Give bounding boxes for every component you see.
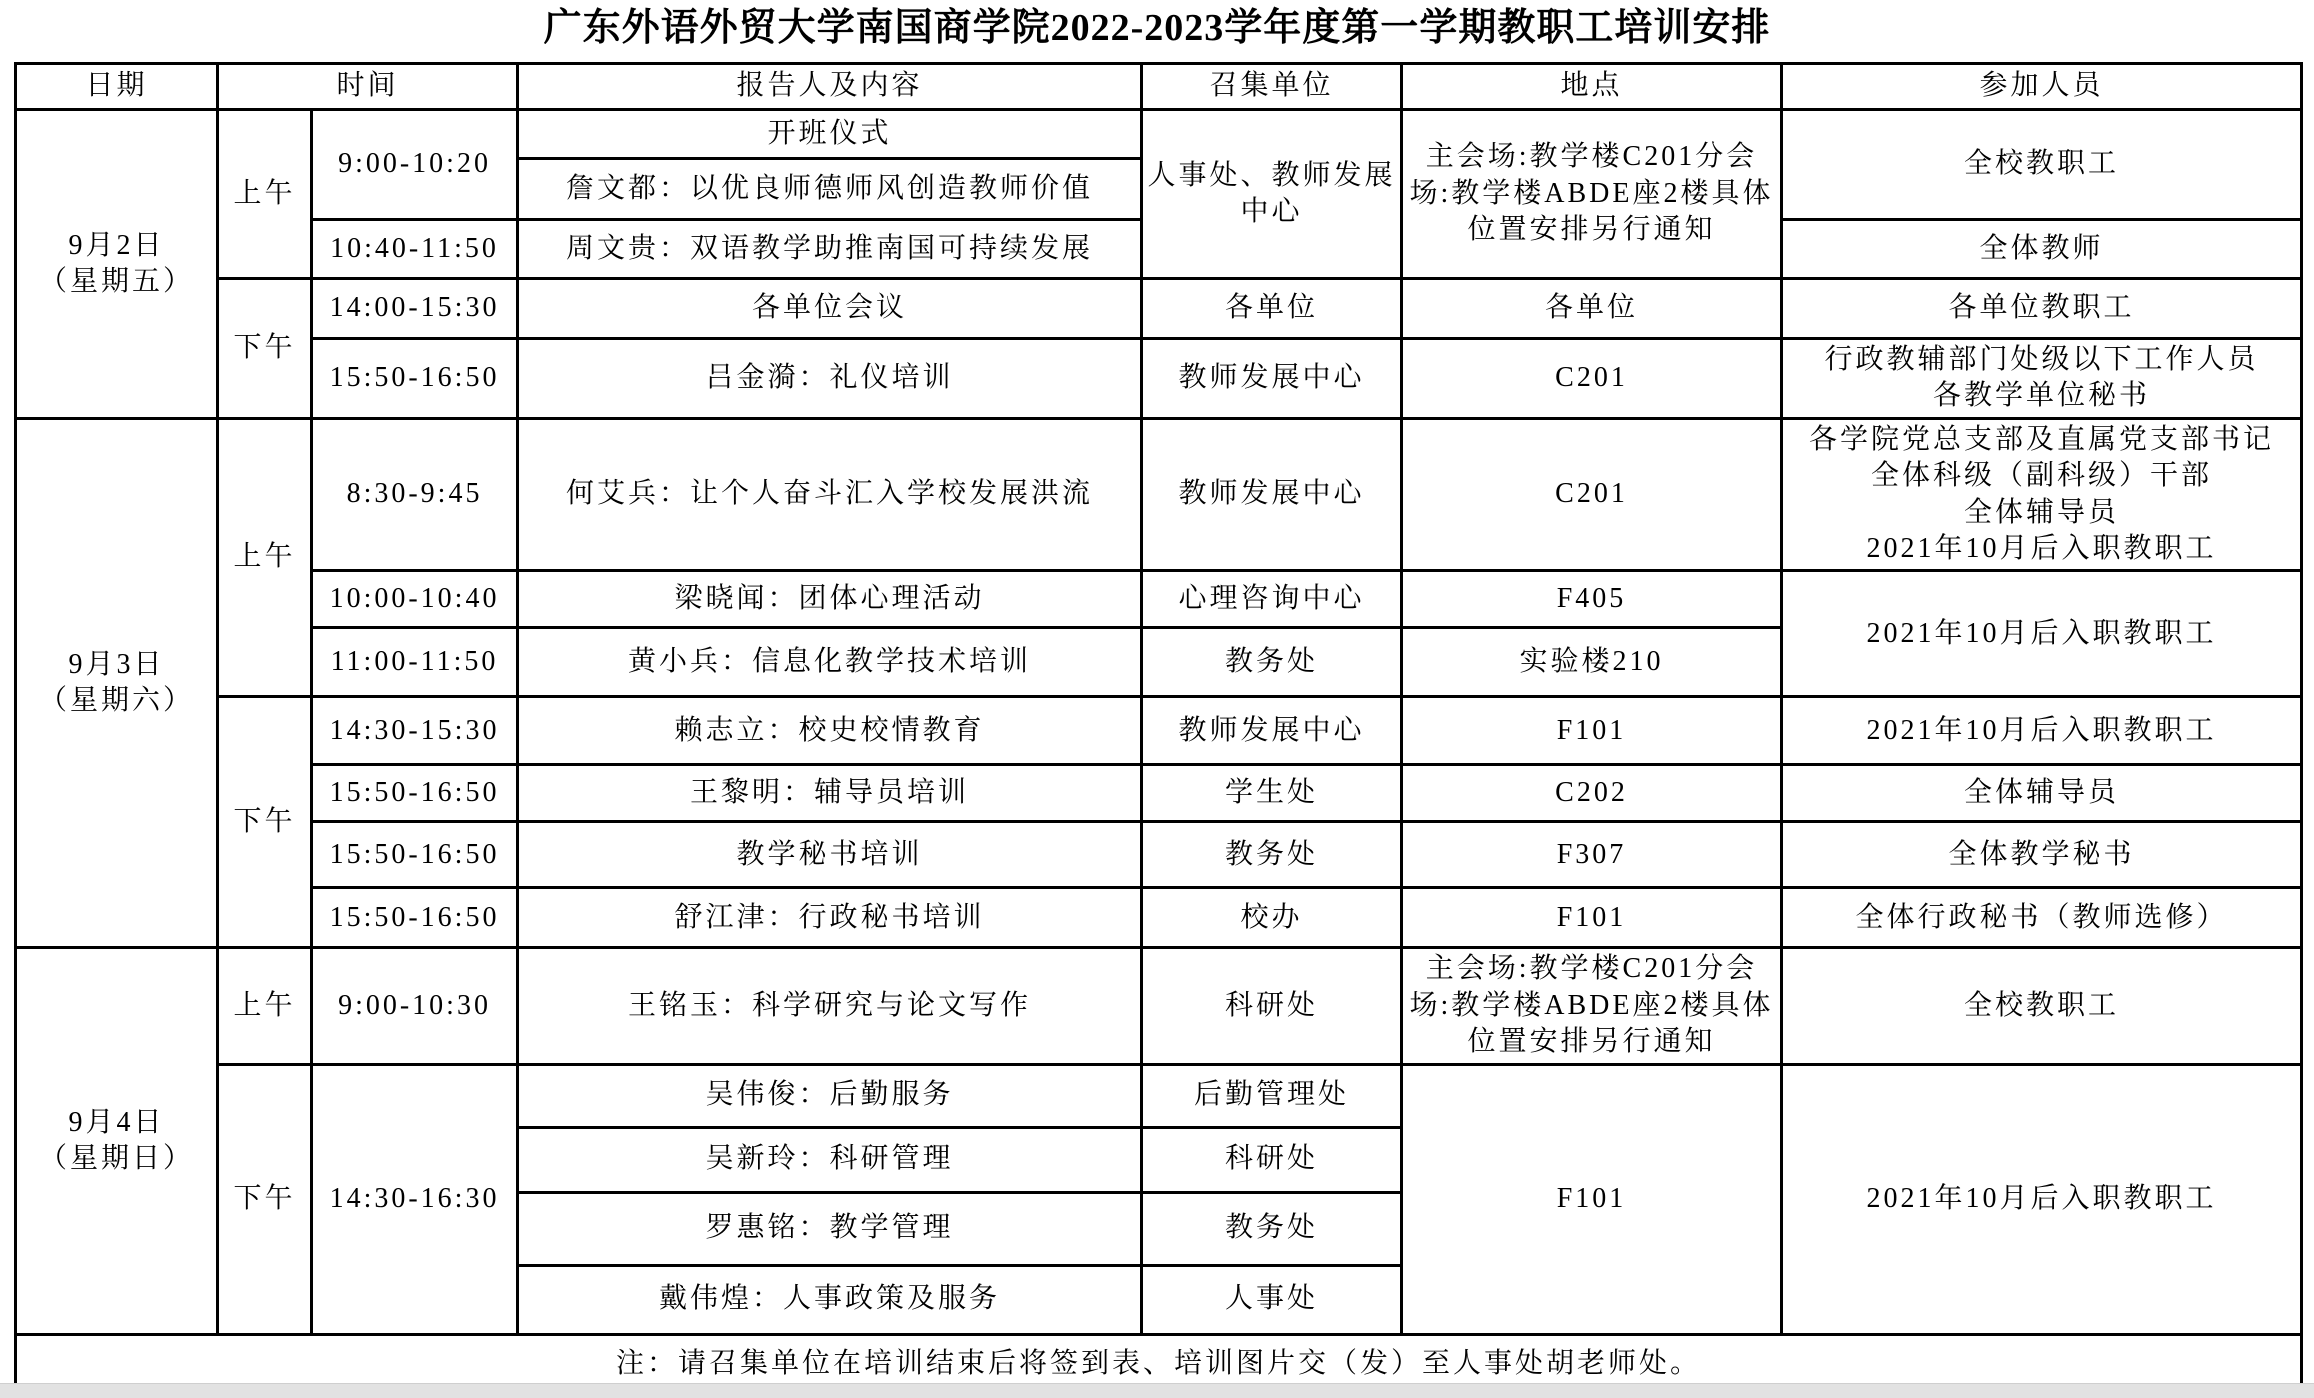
place-cell: F101 <box>1402 1064 1782 1334</box>
content-cell: 吴新玲：科研管理 <box>518 1127 1142 1192</box>
time-cell: 15:50-16:50 <box>312 765 518 822</box>
unit-cell: 校办 <box>1142 888 1402 948</box>
content-cell: 王黎明：辅导员培训 <box>518 765 1142 822</box>
unit-cell: 教务处 <box>1142 822 1402 888</box>
header-date: 日期 <box>16 64 218 110</box>
period-cell-pm: 下午 <box>218 697 312 948</box>
unit-cell: 教务处 <box>1142 1192 1402 1265</box>
document-page: 广东外语外贸大学南国商学院2022-2023学年度第一学期教职工培训安排 日期 … <box>0 0 2314 1398</box>
time-cell: 9:00-10:20 <box>312 110 518 220</box>
content-cell: 吕金漪：礼仪培训 <box>518 339 1142 419</box>
participants-cell: 各学院党总支部及直属党支部书记 全体科级（副科级）干部 全体辅导员 2021年1… <box>1782 418 2302 571</box>
time-cell: 14:30-15:30 <box>312 697 518 765</box>
participants-cell: 行政教辅部门处级以下工作人员 各教学单位秘书 <box>1782 339 2302 419</box>
participants-cell: 2021年10月后入职教职工 <box>1782 1064 2302 1334</box>
time-cell: 15:50-16:50 <box>312 822 518 888</box>
place-cell: F101 <box>1402 697 1782 765</box>
header-participants: 参加人员 <box>1782 64 2302 110</box>
header-content: 报告人及内容 <box>518 64 1142 110</box>
place-cell: F405 <box>1402 571 1782 628</box>
participants-cell: 各单位教职工 <box>1782 279 2302 339</box>
content-cell: 周文贵：双语教学助推南国可持续发展 <box>518 220 1142 279</box>
time-cell: 15:50-16:50 <box>312 339 518 419</box>
content-cell: 开班仪式 <box>518 110 1142 159</box>
period-cell-am: 上午 <box>218 110 312 279</box>
unit-cell: 人事处 <box>1142 1265 1402 1334</box>
page-title: 广东外语外贸大学南国商学院2022-2023学年度第一学期教职工培训安排 <box>0 0 2314 50</box>
place-cell: F307 <box>1402 822 1782 888</box>
table-row: 下午 14:00-15:30 各单位会议 各单位 各单位 各单位教职工 <box>16 279 2302 339</box>
unit-cell: 教师发展中心 <box>1142 418 1402 571</box>
participants-cell: 全体教师 <box>1782 220 2302 279</box>
time-cell: 10:00-10:40 <box>312 571 518 628</box>
time-cell: 9:00-10:30 <box>312 948 518 1064</box>
unit-cell: 后勤管理处 <box>1142 1064 1402 1127</box>
content-cell: 梁晓闻：团体心理活动 <box>518 571 1142 628</box>
content-cell: 黄小兵：信息化教学技术培训 <box>518 628 1142 697</box>
participants-cell: 全体行政秘书（教师选修） <box>1782 888 2302 948</box>
place-cell: F101 <box>1402 888 1782 948</box>
period-cell-am: 上午 <box>218 418 312 697</box>
content-cell: 赖志立：校史校情教育 <box>518 697 1142 765</box>
place-cell: C201 <box>1402 418 1782 571</box>
content-cell: 戴伟煌：人事政策及服务 <box>518 1265 1142 1334</box>
table-row: 9月2日 （星期五） 上午 9:00-10:20 开班仪式 人事处、教师发展中心… <box>16 110 2302 159</box>
table-row: 下午 14:30-16:30 吴伟俊：后勤服务 后勤管理处 F101 2021年… <box>16 1064 2302 1127</box>
content-cell: 各单位会议 <box>518 279 1142 339</box>
table-row: 15:50-16:50 教学秘书培训 教务处 F307 全体教学秘书 <box>16 822 2302 888</box>
table-row: 15:50-16:50 王黎明：辅导员培训 学生处 C202 全体辅导员 <box>16 765 2302 822</box>
participants-cell: 2021年10月后入职教职工 <box>1782 571 2302 697</box>
training-schedule-table: 日期 时间 报告人及内容 召集单位 地点 参加人员 9月2日 （星期五） 上午 … <box>14 62 2303 1396</box>
unit-cell: 教师发展中心 <box>1142 697 1402 765</box>
place-cell: C202 <box>1402 765 1782 822</box>
time-cell: 10:40-11:50 <box>312 220 518 279</box>
date-cell-sep3: 9月3日 （星期六） <box>16 418 218 948</box>
place-cell: C201 <box>1402 339 1782 419</box>
date-cell-sep4: 9月4日 （星期日） <box>16 948 218 1334</box>
content-cell: 吴伟俊：后勤服务 <box>518 1064 1142 1127</box>
participants-cell: 全校教职工 <box>1782 110 2302 220</box>
unit-cell: 科研处 <box>1142 948 1402 1064</box>
table-row: 10:00-10:40 梁晓闻：团体心理活动 心理咨询中心 F405 2021年… <box>16 571 2302 628</box>
content-cell: 何艾兵：让个人奋斗汇入学校发展洪流 <box>518 418 1142 571</box>
unit-cell: 教务处 <box>1142 628 1402 697</box>
participants-cell: 全体教学秘书 <box>1782 822 2302 888</box>
table-header-row: 日期 时间 报告人及内容 召集单位 地点 参加人员 <box>16 64 2302 110</box>
table-row: 15:50-16:50 吕金漪：礼仪培训 教师发展中心 C201 行政教辅部门处… <box>16 339 2302 419</box>
unit-cell: 心理咨询中心 <box>1142 571 1402 628</box>
window-bottom-edge <box>0 1383 2314 1398</box>
period-cell-pm: 下午 <box>218 1064 312 1334</box>
table-row: 15:50-16:50 舒江津：行政秘书培训 校办 F101 全体行政秘书（教师… <box>16 888 2302 948</box>
unit-cell: 教师发展中心 <box>1142 339 1402 419</box>
unit-cell: 科研处 <box>1142 1127 1402 1192</box>
time-cell: 15:50-16:50 <box>312 888 518 948</box>
time-cell: 11:00-11:50 <box>312 628 518 697</box>
participants-cell: 全体辅导员 <box>1782 765 2302 822</box>
header-time: 时间 <box>218 64 518 110</box>
participants-cell: 2021年10月后入职教职工 <box>1782 697 2302 765</box>
place-cell: 主会场:教学楼C201分会场:教学楼ABDE座2楼具体位置安排另行通知 <box>1402 110 1782 279</box>
content-cell: 教学秘书培训 <box>518 822 1142 888</box>
unit-cell: 各单位 <box>1142 279 1402 339</box>
period-cell-pm: 下午 <box>218 279 312 419</box>
table-row: 9月3日 （星期六） 上午 8:30-9:45 何艾兵：让个人奋斗汇入学校发展洪… <box>16 418 2302 571</box>
time-cell: 14:30-16:30 <box>312 1064 518 1334</box>
content-cell: 詹文都：以优良师德师风创造教师价值 <box>518 159 1142 220</box>
header-place: 地点 <box>1402 64 1782 110</box>
place-cell: 各单位 <box>1402 279 1782 339</box>
date-cell-sep2: 9月2日 （星期五） <box>16 110 218 419</box>
time-cell: 8:30-9:45 <box>312 418 518 571</box>
period-cell-am: 上午 <box>218 948 312 1064</box>
table-row: 下午 14:30-15:30 赖志立：校史校情教育 教师发展中心 F101 20… <box>16 697 2302 765</box>
table-row: 9月4日 （星期日） 上午 9:00-10:30 王铭玉：科学研究与论文写作 科… <box>16 948 2302 1064</box>
content-cell: 舒江津：行政秘书培训 <box>518 888 1142 948</box>
header-unit: 召集单位 <box>1142 64 1402 110</box>
unit-cell: 人事处、教师发展中心 <box>1142 110 1402 279</box>
place-cell: 主会场:教学楼C201分会场:教学楼ABDE座2楼具体位置安排另行通知 <box>1402 948 1782 1064</box>
participants-cell: 全校教职工 <box>1782 948 2302 1064</box>
time-cell: 14:00-15:30 <box>312 279 518 339</box>
content-cell: 王铭玉：科学研究与论文写作 <box>518 948 1142 1064</box>
place-cell: 实验楼210 <box>1402 628 1782 697</box>
content-cell: 罗惠铭：教学管理 <box>518 1192 1142 1265</box>
unit-cell: 学生处 <box>1142 765 1402 822</box>
